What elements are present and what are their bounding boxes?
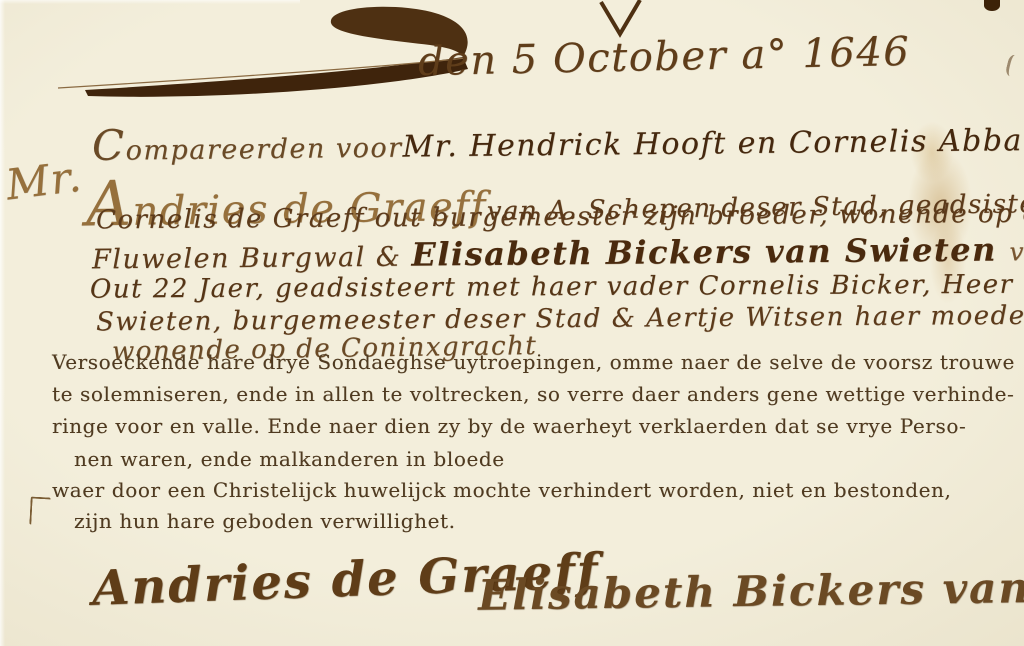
formula-line: nen waren, ende malkanderen in bloede — [74, 447, 505, 471]
bride-name: Elisabeth Bickers van Swieten — [411, 230, 1009, 273]
formula-line: zijn hun hare geboden verwillighet. — [74, 509, 456, 533]
line1-prefix: Compareerden voor — [92, 118, 403, 170]
line4-address: Fluwelen Burgwal & — [92, 242, 412, 276]
ink-mark-right-edge — [1005, 54, 1024, 79]
margin-note: Mr. — [3, 152, 85, 210]
margin-bracket-mark — [29, 496, 50, 525]
manuscript-page: den 5 October a° 1646 Compareerden voor … — [0, 0, 1024, 646]
date-heading: den 5 October a° 1646 — [418, 29, 911, 85]
formula-line: te solemniseren, ende in allen te voltre… — [52, 382, 1014, 406]
record-line-4: Fluwelen Burgwal & Elisabeth Bickers van… — [92, 230, 1024, 277]
record-line-6: Swieten, burgemeester deser Stad & Aertj… — [96, 301, 1024, 338]
ink-blot-corner — [984, 0, 1000, 11]
line4-suffix: van A. — [1009, 237, 1024, 267]
signature-bride: Elisabeth Bickers van Swit — [478, 561, 1024, 619]
formula-line: waer door een Christelijck huwelijck moc… — [52, 478, 952, 502]
record-line-3: Cornelis de Graeff out burgemeester zijn… — [96, 199, 1024, 236]
formula-line: ringe voor en valle. Ende naer dien zy b… — [52, 414, 966, 438]
record-line-5: Out 22 Jaer, geadsisteert met haer vader… — [90, 269, 1024, 304]
formula-line: Versoeckende hare drye Sondaeghse uytroe… — [52, 350, 1015, 374]
